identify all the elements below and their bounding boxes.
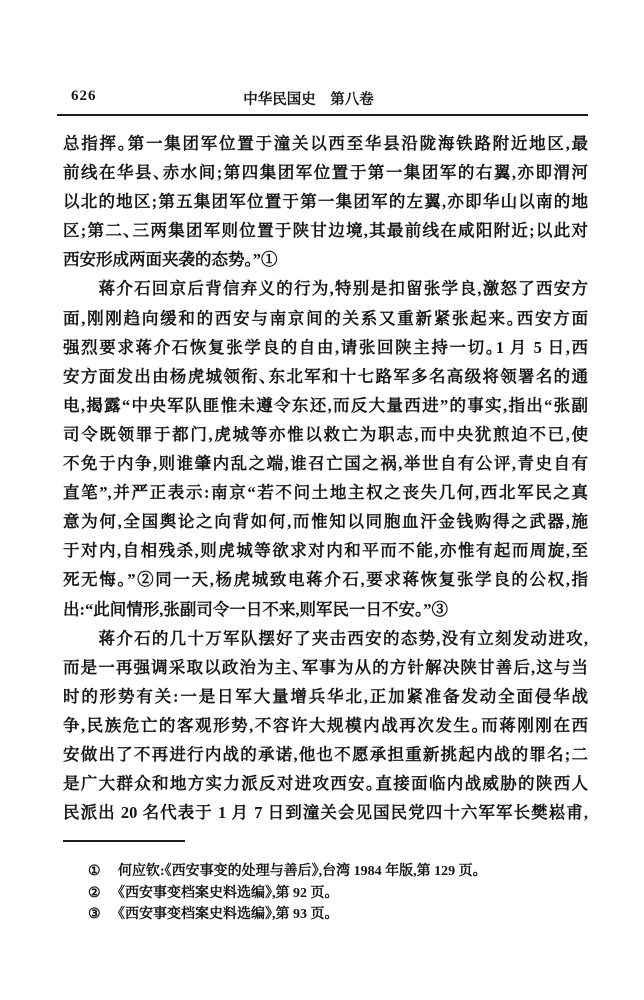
footnote-marker: ① bbox=[88, 861, 118, 883]
body-line: 时的形势有关:一是日军大量增兵华北,正加紧准备发动全面侵华战 bbox=[63, 682, 588, 711]
footnote-text: 《西安事变档案史料选编》,第 92 页。 bbox=[118, 883, 588, 905]
body-line: 意为何,全国舆论之向背如何,而惟知以同胞血汗金钱购得之武器,施 bbox=[63, 507, 588, 536]
footnote: ② 《西安事变档案史料选编》,第 92 页。 bbox=[63, 883, 588, 905]
body-line: 争,民族危亡的客观形势,不容许大规模内战再次发生。而蒋刚刚在西 bbox=[63, 711, 588, 740]
body-line: 不免于内争,则谁肇内乱之端,谁召亡国之祸,举世自有公评,青史自有 bbox=[63, 449, 588, 478]
body-line: 直笔”,并严正表示:南京“若不问土地主权之丧失几何,西北军民之真 bbox=[63, 478, 588, 507]
footnote: ① 何应钦:《西安事变的处理与善后》,台湾 1984 年版,第 129 页。 bbox=[63, 861, 588, 883]
body-text: 总指挥。第一集团军位置于潼关以西至华县沿陇海铁路附近地区,最 前线在华县、赤水间… bbox=[63, 129, 588, 827]
body-line: 民派出 20 名代表于 1 月 7 日到潼关会见国民党四十六军军长樊崧甫, bbox=[63, 798, 588, 827]
body-line: 区;第二、三两集团军则位置于陕甘边境,其最前线在咸阳附近;以此对 bbox=[63, 216, 588, 245]
body-line: 以北的地区;第五集团军位置于第一集团军的左翼,亦即华山以南的地 bbox=[63, 187, 588, 216]
footnote-text: 何应钦:《西安事变的处理与善后》,台湾 1984 年版,第 129 页。 bbox=[118, 861, 588, 883]
body-line: 出:“此间情形,张副司令一日不来,则军民一日不安。”③ bbox=[63, 595, 588, 624]
footnotes: ① 何应钦:《西安事变的处理与善后》,台湾 1984 年版,第 129 页。 ②… bbox=[63, 861, 588, 926]
footnote-text: 《西安事变档案史料选编》,第 93 页。 bbox=[118, 904, 588, 926]
body-line: 司令既领罪于都门,虎城等亦惟以救亡为职志,而中央犹煎迫不已,使 bbox=[63, 420, 588, 449]
book-page: 626 中华民国史 第八卷 总指挥。第一集团军位置于潼关以西至华县沿陇海铁路附近… bbox=[0, 0, 644, 1000]
body-line: 安方面发出由杨虎城领衔、东北军和十七路军多名高级将领署名的通 bbox=[63, 362, 588, 391]
footnote-marker: ② bbox=[88, 883, 118, 905]
body-line: 蒋介石回京后背信弃义的行为,特别是扣留张学良,激怒了西安方 bbox=[63, 274, 588, 303]
body-line: 电,揭露“中央军队匪惟未遵令东还,而反大量西进”的事实,指出“张副 bbox=[63, 391, 588, 420]
body-line: 西安形成两面夹袭的态势。”① bbox=[63, 245, 588, 274]
footnote-divider bbox=[63, 840, 185, 842]
footnote: ③ 《西安事变档案史料选编》,第 93 页。 bbox=[63, 904, 588, 926]
body-line: 死无悔。”②同一天,杨虎城致电蒋介石,要求蒋恢复张学良的公权,指 bbox=[63, 565, 588, 594]
body-line: 而是一再强调采取以政治为主、军事为从的方针解决陕甘善后,这与当 bbox=[63, 653, 588, 682]
body-line: 于对内,自相残杀,则虎城等欲求对内和平而不能,亦惟有起而周旋,至 bbox=[63, 536, 588, 565]
body-line: 强烈要求蒋介石恢复张学良的自由,请张回陕主持一切。1 月 5 日,西 bbox=[63, 333, 588, 362]
body-line: 面,刚刚趋向缓和的西安与南京间的关系又重新紧张起来。西安方面 bbox=[63, 304, 588, 333]
body-line: 总指挥。第一集团军位置于潼关以西至华县沿陇海铁路附近地区,最 bbox=[63, 129, 588, 158]
body-line: 前线在华县、赤水间;第四集团军位置于第一集团军的右翼,亦即渭河 bbox=[63, 158, 588, 187]
header-divider bbox=[57, 114, 588, 116]
running-header-title: 中华民国史 第八卷 bbox=[46, 88, 571, 109]
body-line: 蒋介石的几十万军队摆好了夹击西安的态势,没有立刻发动进攻, bbox=[63, 624, 588, 653]
footnote-marker: ③ bbox=[88, 904, 118, 926]
body-line: 安做出了不再进行内战的承诺,他也不愿承担重新挑起内战的罪名;二 bbox=[63, 740, 588, 769]
body-line: 是广大群众和地方实力派反对进攻西安。直接面临内战威胁的陕西人 bbox=[63, 769, 588, 798]
